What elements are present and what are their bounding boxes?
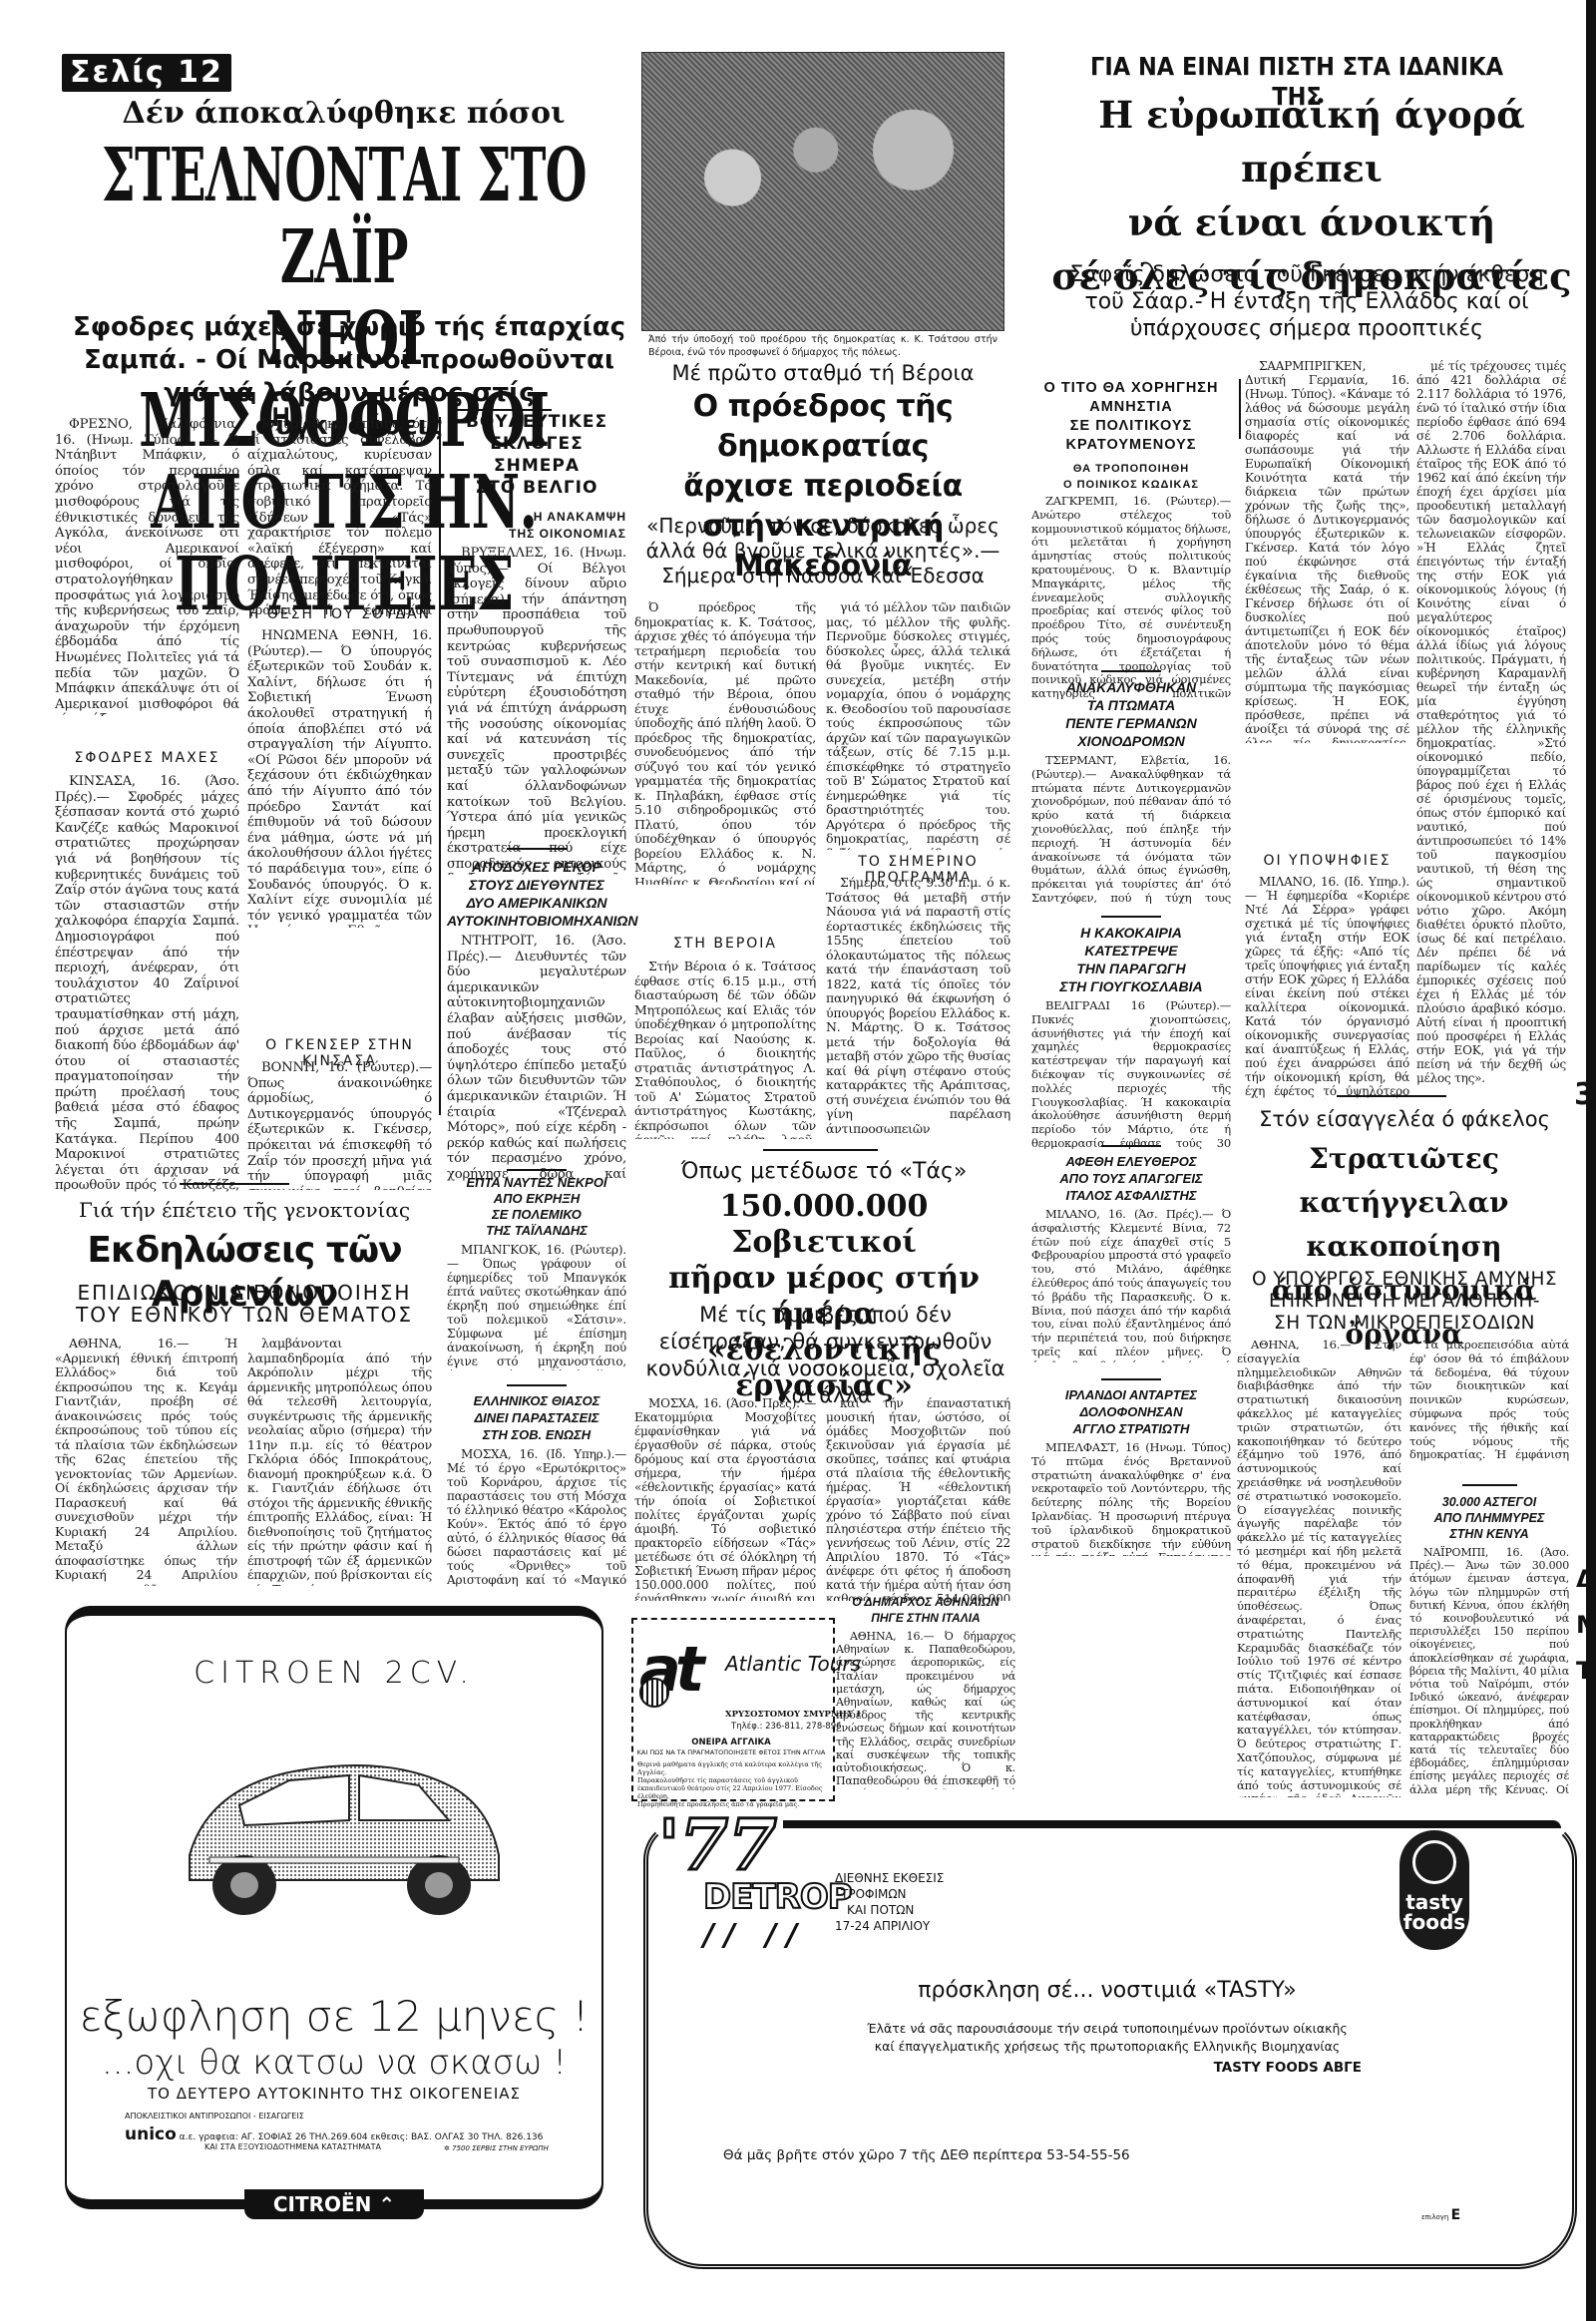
lead-column-1b: ΚΙΝΣΑΣΑ, 16. (Άσο. Πρές).— Σφοδρές μάχες… bbox=[55, 774, 239, 1193]
divider-rule bbox=[1337, 1095, 1446, 1097]
skiers-box: ΑΝΑΚΑΛΥΦΘΗΚΑΝ ΤΑ ΠΤΩΜΑΤΑ ΠΕΝΤΕ ΓΕΡΜΑΝΩΝ … bbox=[1031, 670, 1231, 904]
tito-box: Ο ΤΙΤΟ ΘΑ ΧΟΡΗΓΗΣΗ ΑΜΝΗΣΤΙΑ ΣΕ ΠΟΛΙΤΙΚΟΥ… bbox=[1031, 379, 1231, 699]
belgium-headline-2: ΕΚΛΟΓΕΣ bbox=[447, 433, 626, 455]
car-illustration bbox=[150, 1745, 529, 1915]
armenian-deck-1: ΕΠΙΔΙΩΚΟΥΝ ΔΙΕΘΝΟΠΟΙΗΣΗ bbox=[55, 1282, 434, 1304]
car-icon bbox=[150, 1745, 529, 1915]
weather-box: Η ΚΑΚΟΚΑΙΡΙΑ ΚΑΤΕΣΤΡΕΨΕ ΤΗΝ ΠΑΡΑΓΩΓΗ ΣΤΗ… bbox=[1031, 916, 1231, 1149]
unico-suffix: α.ε. bbox=[180, 2132, 197, 2142]
tito-headline-2: ΑΜΝΗΣΤΙΑ bbox=[1031, 398, 1231, 417]
auto-headline-1: ΑΠΟΔΟΧΕΣ ΡΕΚΟΡ bbox=[447, 858, 626, 876]
lead-headline-line-1: ΣΤΕΛΝΟΝΤΑΙ ΣΤΟ ΖΑΪΡ bbox=[55, 135, 633, 298]
atlantic-line-1: Θερινά μαθήματα άγγλικῆς στά καλύτερα κο… bbox=[637, 1760, 827, 1776]
ira-headline-1: ΙΡΛΑΝΔΟΙ ΑΝΤΑΡΤΕΣ bbox=[1031, 1386, 1231, 1403]
lead-col1-text: ΦΡΕΣΝΟ, Καλιφόρνια, 16. (Ηνωμ. Τύπος). —… bbox=[55, 417, 239, 716]
mayor-body: ΑΘΗΝΑ, 16.— Ό δήμαρχος Αθηναίων κ. Παπαθ… bbox=[836, 1630, 1015, 1789]
weather-headline: Η ΚΑΚΟΚΑΙΡΙΑ ΚΑΤΕΣΤΡΕΨΕ ΤΗΝ ΠΑΡΑΓΩΓΗ ΣΤΗ… bbox=[1031, 924, 1231, 995]
president-deck: «Περνοῦμε, τόνισε, δύσκολες ὧρες άλλά θά… bbox=[638, 514, 1007, 588]
box-top-rule bbox=[1101, 1145, 1161, 1147]
detrop-year: '77 bbox=[658, 1810, 777, 1880]
ira-headline-2: ΔΟΛΟΦΟΝΗΣΑΝ bbox=[1031, 1403, 1231, 1420]
tasty-ad-top-bar bbox=[783, 1820, 1561, 1828]
president-column-1b: Στήν Βέροια ό κ. Τσάτσος έφθασε στίς 6.1… bbox=[634, 960, 816, 1139]
adjacent-page-number: 35 bbox=[1574, 1077, 1596, 1112]
president-kicker: Μέ πρῶτο σταθμό τή Βέροια bbox=[638, 359, 1007, 387]
adjacent-page-fragments: ΔΙΩ ΜΕΤΟ ΤΟΥ bbox=[1576, 1556, 1596, 1694]
atlantic-body: Θερινά μαθήματα άγγλικῆς στά καλύτερα κο… bbox=[637, 1760, 827, 1808]
atlantic-heading-1: ΟΝΕΙΡΑ ΑΓΓΛΙΚΑ bbox=[633, 1738, 829, 1747]
globe-icon bbox=[639, 1678, 669, 1708]
detrop-name: DETROP bbox=[703, 1878, 852, 1916]
theatre-headline-3: ΣΤΗ ΣΟΒ. ΕΝΩΣΗ bbox=[447, 1426, 626, 1443]
auto-headline-2: ΣΤΟΥΣ ΔΙΕΥΘΥΝΤΕΣ bbox=[447, 876, 626, 894]
theatre-headline-2: ΔΙΝΕΙ ΠΑΡΑΣΤΑΣΕΙΣ bbox=[447, 1409, 626, 1426]
agency-logo-icon: E bbox=[1451, 2207, 1461, 2223]
tasty-headline: πρόσκληση σέ... νοστιμιά «TASTY» bbox=[683, 1978, 1531, 2003]
eec-column-2: μέ τίς τρέχουσες τιμές άπό 421 δολλάρια … bbox=[1416, 359, 1566, 1097]
detrop-dates: 17-24 ΑΠΡΙΛΙΟΥ bbox=[835, 1918, 944, 1934]
tasty-body: Έλᾶτε νά σᾶς παρουσιάσουμε τήν σειρά τυπ… bbox=[683, 2020, 1531, 2056]
tasty-body-2: καί έπαγγελματικῆς χρήσεως τῆς πρωτοπορι… bbox=[683, 2038, 1531, 2056]
tito-headline-1: Ο ΤΙΤΟ ΘΑ ΧΟΡΗΓΗΣΗ bbox=[1031, 379, 1231, 398]
auto-text: ΝΤΗΤΡΟΪΤ, 16. (Άσο. Πρές).— Διευθυντές τ… bbox=[447, 934, 626, 1183]
insurer-body: ΜΙΛΑΝΟ, 16. (Άσ. Πρές).— Ό άσφαλιστής Κλ… bbox=[1031, 1208, 1231, 1362]
ira-text: ΜΠΕΛΦΑΣΤ, 16 (Ηνωμ. Τύπος) Τό πτῶμα ένός… bbox=[1031, 1441, 1231, 1556]
soviet-headline-1: 150.000.000 Σοβιετικοί bbox=[634, 1189, 1013, 1261]
thailand-headline-1: ΕΠΤΑ ΝΑΥΤΕΣ ΝΕΚΡΟΙ bbox=[447, 1175, 626, 1191]
atlantic-logo: at bbox=[639, 1630, 719, 1715]
theatre-text: ΜΟΣΧΑ, 16. (Ιδ. Υπηρ.).— Μέ τό έργο «Ερω… bbox=[447, 1447, 626, 1587]
insurer-headline-2: ΑΠΟ ΤΟΥΣ ΑΠΑΓΩΓΕΙΣ bbox=[1031, 1170, 1231, 1187]
armenian-col2-text: λαμβάνονται λαμπαδηδρομία άπό τήν Ακρόπο… bbox=[247, 1337, 432, 1586]
column-divider bbox=[1239, 379, 1241, 439]
soviet-deck: Μέ τίς άμοιβές, πού δέν είσέπραξαν, θά σ… bbox=[638, 1302, 1012, 1409]
insurer-box: ΑΦΕΘΗ ΕΛΕΥΘΕΡΟΣ ΑΠΟ ΤΟΥΣ ΑΠΑΓΩΓΕΙΣ ΙΤΑΛΟ… bbox=[1031, 1145, 1231, 1362]
belgium-subhead-2: ΤΗΣ ΟΙΚΟΝΟΜΙΑΣ bbox=[447, 526, 626, 543]
insurer-headline: ΑΦΕΘΗ ΕΛΕΥΘΕΡΟΣ ΑΠΟ ΤΟΥΣ ΑΠΑΓΩΓΕΙΣ ΙΤΑΛΟ… bbox=[1031, 1153, 1231, 1204]
lead-col2c-text: ΒΟΝΝΗ, 16. (Ρώυτερ).— Όπως άνακοινώθηκε … bbox=[247, 1060, 432, 1190]
skiers-headline-4: ΧΙΟΝΟΔΡΟΜΩΝ bbox=[1031, 732, 1231, 750]
atlantic-phone: Τηλέφ.: 236-811, 278-896 bbox=[731, 1722, 842, 1732]
detrop-line-2: ΤΡΟΦΙΜΩΝ bbox=[835, 1886, 944, 1902]
lead-column-2: Ισχυρίσθηκε, έπίσης, ότι οί στασιαστές σ… bbox=[247, 417, 432, 616]
belgium-text: ΒΡΥΞΕΛΛΕΣ, 16. (Ηνωμ. Τύπος).— Οί Βέλγοι… bbox=[447, 546, 626, 875]
insurer-text: ΜΙΛΑΝΟ, 16. (Άσ. Πρές).— Ό άσφαλιστής Κλ… bbox=[1031, 1208, 1231, 1362]
thailand-headline: ΕΠΤΑ ΝΑΥΤΕΣ ΝΕΚΡΟΙ ΑΠΟ ΕΚΡΗΞΗ ΣΕ ΠΟΛΕΜΙΚ… bbox=[447, 1175, 626, 1239]
tasty-body-1: Έλᾶτε νά σᾶς παρουσιάσουμε τήν σειρά τυπ… bbox=[683, 2020, 1531, 2038]
soldiers-column-1: ΑΘΗΝΑ, 16.— Στήν είσαγγελία πλημμελειοδι… bbox=[1237, 1339, 1401, 1797]
tasty-badge-2: foods bbox=[1399, 1912, 1469, 1932]
box-top-rule bbox=[1101, 1378, 1161, 1380]
skiers-headline-1: ΑΝΑΚΑΛΥΦΘΗΚΑΝ bbox=[1031, 678, 1231, 696]
citroen-service: ✲ 7500 ΣΕΡΒΙΣ ΣΤΗΝ ΕΥΡΩΠΗ bbox=[444, 2144, 549, 2152]
tasty-badge-1: tasty bbox=[1399, 1892, 1469, 1912]
armenian-kicker: Γιά τήν έπέτειο τῆς γενοκτονίας bbox=[55, 1197, 434, 1223]
agency-name: επιλογη bbox=[1421, 2213, 1448, 2221]
tito-headline: Ο ΤΙΤΟ ΘΑ ΧΟΡΗΓΗΣΗ ΑΜΝΗΣΤΙΑ ΣΕ ΠΟΛΙΤΙΚΟΥ… bbox=[1031, 379, 1231, 455]
atlantic-heading-2: ΚΑΙ ΠΩΣ ΝΑ ΤΑ ΠΡΑΓΜΑΤΟΠΟΙΗΣΕΤΕ ΦΕΤΟΣ ΣΤΗ… bbox=[633, 1748, 829, 1756]
eec-headline-1: Η εὐρωπαϊκή άγορά πρέπει bbox=[1027, 88, 1596, 195]
tito-subhead-1: ΘΑ ΤΡΟΠΟΠΟΙΗΘΗ bbox=[1031, 461, 1231, 477]
soviet-column-2: καί τήν έπαναστατική μουσική ήταν, ώστόσ… bbox=[826, 1396, 1010, 1601]
divider-rule bbox=[763, 1149, 878, 1151]
soldiers-col2-text: Τά μικροεπεισόδια αὐτά έφ' όσον θά τό έπ… bbox=[1409, 1339, 1569, 1463]
fragment-3: ΤΟΥ bbox=[1576, 1648, 1596, 1694]
belgium-headline-3: ΣΗΜΕΡΑ bbox=[447, 455, 626, 477]
chef-icon bbox=[1412, 1840, 1456, 1884]
citroen-brand-badge: CITROËN ⌃ bbox=[244, 2189, 424, 2219]
citroen-badge-text: CITROËN bbox=[273, 2192, 372, 2216]
mayor-headline: Ο ΔΗΜΑΡΧΟΣ ΑΘΗΝΑΙΩΝ ΠΗΓΕ ΣΤΗΝ ΙΤΑΛΙΑ bbox=[836, 1594, 1015, 1626]
soviet-column-1: ΜΟΣΧΑ, 16. (Άσο. Πρές). — Εκατομμύρια Μο… bbox=[634, 1396, 816, 1601]
lead-subhead-2: Η ΘΕΣΗ ΤΟΥ ΣΟΥΔΑΝ bbox=[247, 606, 432, 622]
eec-column-1: ΣΑΑΡΜΠΡΙΓΚΕΝ, Δυτική Γερμανία, 16. (Ηνωμ… bbox=[1245, 359, 1409, 743]
soldiers-column-2: Τά μικροεπεισόδια αὐτά έφ' όσον θά τό έπ… bbox=[1409, 1339, 1569, 1463]
thailand-text: ΜΠΑΝΓΚΟΚ, 16. (Ρώυτερ).— Όπως γράφουν οί… bbox=[447, 1243, 626, 1370]
president-col2-text: γιά τό μέλλον τῶν παιδιῶν μας, τό μέλλον… bbox=[826, 600, 1010, 850]
president-headline-2: ἄρχισε περιοδεία bbox=[628, 467, 1017, 507]
weather-headline-4: ΣΤΗ ΓΙΟΥΓΚΟΣΛΑΒΙΑ bbox=[1031, 977, 1231, 995]
weather-text: ΒΕΛΙΓΡΑΔΙ 16 (Ρώυτερ).— Πυκνές χιονοπτώσ… bbox=[1031, 999, 1231, 1149]
citroen-showroom: εκθεσις: ΒΑΣ. ΟΛΓΑΣ 30 ΤΗΛ. 826.136 bbox=[371, 2132, 544, 2142]
auto-body: ΝΤΗΤΡΟΪΤ, 16. (Άσο. Πρές).— Διευθυντές τ… bbox=[447, 934, 626, 1183]
eec-col2-text: μέ τίς τρέχουσες τιμές άπό 421 δολλάρια … bbox=[1416, 359, 1566, 1085]
detrop-line-3: ΚΑΙ ΠΟΤΩΝ bbox=[835, 1902, 944, 1918]
auto-headline: ΑΠΟΔΟΧΕΣ ΡΕΚΟΡ ΣΤΟΥΣ ΔΙΕΥΘΥΝΤΕΣ ΔΥΟ ΑΜΕΡ… bbox=[447, 858, 626, 930]
armenian-col1-text: ΑΘΗΝΑ, 16.— Ή «Αρμενική έθνική έπιτροπή … bbox=[55, 1337, 237, 1586]
thailand-box: ΕΠΤΑ ΝΑΥΤΕΣ ΝΕΚΡΟΙ ΑΠΟ ΕΚΡΗΞΗ ΣΕ ΠΟΛΕΜΙΚ… bbox=[447, 1169, 626, 1370]
fragment-1: ΔΙΩ bbox=[1576, 1556, 1596, 1602]
eec-subhead-1: ΟΙ ΥΠΟΨΗΦΙΕΣ bbox=[1245, 853, 1409, 869]
weather-body: ΒΕΛΙΓΡΑΔΙ 16 (Ρώυτερ).— Πυκνές χιονοπτώσ… bbox=[1031, 999, 1231, 1149]
theatre-headline-1: ΕΛΛΗΝΙΚΟΣ ΘΙΑΣΟΣ bbox=[447, 1392, 626, 1409]
detrop-slashes-icon: // // bbox=[703, 1918, 807, 1953]
agency-credit: επιλογη E bbox=[1421, 2207, 1460, 2223]
mayor-headline-2: ΠΗΓΕ ΣΤΗΝ ΙΤΑΛΙΑ bbox=[836, 1610, 1015, 1626]
detrop-line-1: ΔΙΕΘΝΗΣ ΕΚΘΕΣΙΣ bbox=[835, 1870, 944, 1886]
kenya-body: ΝΑΪΡΟΜΠΙ, 16. (Άσο. Πρές).— Άνω τῶν 30.0… bbox=[1409, 1546, 1569, 1795]
soviet-kicker: Όπως μετέδωσε τό «Τάς» bbox=[634, 1157, 1013, 1187]
belgium-headline-1: ΒΟΥΛΕΥΤΙΚΕΣ bbox=[447, 411, 626, 433]
eec-deck: Σαφεῖς δηλώσεις τοῦ Γκένσερ στήν έκθεση … bbox=[1047, 261, 1566, 342]
eec-column-1b: ΜΙΛΑΝΟ, 16. (Ιδ. Υπηρ.).— Ή έφημερίδα «Κ… bbox=[1245, 875, 1409, 1099]
lead-col2b-text: ΗΝΩΜΕΝΑ ΕΘΝΗ, 16. (Ρώυτερ).— Ό ύπουργός … bbox=[247, 628, 432, 928]
president-column-2: γιά τό μέλλον τῶν παιδιῶν μας, τό μέλλον… bbox=[826, 600, 1010, 850]
kenya-headline-3: ΣΤΗΝ ΚΕΝΥΑ bbox=[1409, 1526, 1569, 1542]
president-headline-1: Ο πρόεδρος τῆς δημοκρατίας bbox=[628, 387, 1017, 467]
eec-headline-2: νά είναι άνοικτή bbox=[1027, 195, 1596, 249]
tito-body: ΖΑΓΚΡΕΜΠ, 16. (Ρώυτερ).— Ανώτερο στέλεχο… bbox=[1031, 495, 1231, 699]
mayor-box: Ο ΔΗΜΑΡΧΟΣ ΑΘΗΝΑΙΩΝ ΠΗΓΕ ΣΤΗΝ ΙΤΑΛΙΑ ΑΘΗ… bbox=[836, 1594, 1015, 1789]
tasty-location: Θά μᾶς βρῆτε στόν χῶρο 7 τῆς ΔΕΘ περίπτε… bbox=[723, 2147, 1130, 2163]
unico-logo: unico bbox=[125, 2125, 177, 2144]
soldiers-deck-3: ΣΗ ΤΩΝ ΜΙΚΡΟΕΠΕΙΣΟΔΙΩΝ bbox=[1235, 1313, 1574, 1335]
weather-headline-1: Η ΚΑΚΟΚΑΙΡΙΑ bbox=[1031, 924, 1231, 942]
tito-subhead-2: Ο ΠΟΙΝΙΚΟΣ ΚΩΔΙΚΑΣ bbox=[1031, 477, 1231, 493]
soldiers-headline-1: Στρατιῶτες κατήγγειλαν bbox=[1227, 1137, 1581, 1225]
armenian-column-2: λαμβάνονται λαμπαδηδρομία άπό τήν Ακρόπο… bbox=[247, 1337, 432, 1586]
section-logo: Σελίς 12 bbox=[62, 54, 231, 92]
auto-headline-4: ΑΥΤΟΚΙΝΗΤΟΒΙΟΜΗΧΑΝΙΩΝ bbox=[447, 912, 626, 930]
weather-headline-2: ΚΑΤΕΣΤΡΕΨΕ bbox=[1031, 942, 1231, 960]
news-photo bbox=[641, 52, 1004, 331]
box-top-rule bbox=[1101, 670, 1161, 672]
auto-box: ΑΠΟΔΟΧΕΣ ΡΕΚΟΡ ΣΤΟΥΣ ΔΙΕΥΘΥΝΤΕΣ ΔΥΟ ΑΜΕΡ… bbox=[447, 848, 626, 1183]
citroen-slogan-1: εξωφληση σε 12 μηνες ! bbox=[75, 1993, 594, 2041]
soldiers-deck-1: Ο ΥΠΟΥΡΓΟΣ ΕΘΝΙΚΗΣ ΑΜΥΝΗΣ bbox=[1235, 1269, 1574, 1291]
belgium-subhead-1: Η ΑΝΑΚΑΜΨΗ bbox=[447, 509, 626, 526]
skiers-headline-3: ΠΕΝΤΕ ΓΕΡΜΑΝΩΝ bbox=[1031, 714, 1231, 732]
belgium-headline-4: ΣΤΟ ΒΕΛΓΙΟ bbox=[447, 477, 626, 499]
citroen-title: CITROEN 2CV. bbox=[65, 1656, 603, 1691]
kenya-headline-1: 30.000 ΑΣΤΕΓΟΙ bbox=[1409, 1494, 1569, 1510]
thailand-headline-2: ΑΠΟ ΕΚΡΗΞΗ bbox=[447, 1191, 626, 1207]
citroen-dealer-line: unico α.ε. γραφεια: ΑΓ. ΣΟΦΙΑΣ 26 ΤΗΛ.26… bbox=[125, 2125, 594, 2144]
lead-column-2c: ΒΟΝΝΗ, 16. (Ρώυτερ).— Όπως άνακοινώθηκε … bbox=[247, 1060, 432, 1190]
theatre-headline: ΕΛΛΗΝΙΚΟΣ ΘΙΑΣΟΣ ΔΙΝΕΙ ΠΑΡΑΣΤΑΣΕΙΣ ΣΤΗ Σ… bbox=[447, 1392, 626, 1443]
kenya-box: 30.000 ΑΣΤΕΓΟΙ ΑΠΟ ΠΛΗΜΜΥΡΕΣ ΣΤΗΝ ΚΕΝΥΑ … bbox=[1409, 1484, 1569, 1795]
kenya-headline-2: ΑΠΟ ΠΛΗΜΜΥΡΕΣ bbox=[1409, 1510, 1569, 1526]
president-col1b-text: Στήν Βέροια ό κ. Τσάτσος έφθασε στίς 6.1… bbox=[634, 960, 816, 1139]
eec-col1b-text: ΜΙΛΑΝΟ, 16. (Ιδ. Υπηρ.).— Ή έφημερίδα «Κ… bbox=[1245, 875, 1409, 1099]
skiers-headline: ΑΝΑΚΑΛΥΦΘΗΚΑΝ ΤΑ ΠΤΩΜΑΤΑ ΠΕΝΤΕ ΓΕΡΜΑΝΩΝ … bbox=[1031, 678, 1231, 750]
tasty-company: TASTY FOODS ΑΒΓΕ bbox=[1152, 2060, 1362, 2076]
page-gutter bbox=[1586, 0, 1596, 2321]
photo-caption: Άπό τήν ύποδοχή τοῦ προέδρου τῆς δημοκρα… bbox=[648, 333, 997, 359]
detrop-info: ΔΙΕΘΝΗΣ ΕΚΘΕΣΙΣ ΤΡΟΦΙΜΩΝ ΚΑΙ ΠΟΤΩΝ 17-24… bbox=[835, 1870, 944, 1934]
lead-col1b-text: ΚΙΝΣΑΣΑ, 16. (Άσο. Πρές).— Σφοδρές μάχες… bbox=[55, 774, 239, 1193]
theatre-body: ΜΟΣΧΑ, 16. (Ιδ. Υπηρ.).— Μέ τό έργο «Ερω… bbox=[447, 1447, 626, 1587]
double-chevron-icon: ⌃ bbox=[371, 2192, 395, 2216]
box-top-rule bbox=[1462, 1484, 1517, 1486]
armenian-deck: ΕΠΙΔΙΩΚΟΥΝ ΔΙΕΘΝΟΠΟΙΗΣΗ ΤΟΥ ΕΘΝΙΚΟΥ ΤΩΝ … bbox=[55, 1282, 434, 1326]
citroen-dealer-label: ΑΠΟΚΛΕΙΣΤΙΚΟΙ ΑΝΤΙΠΡΟΣΩΠΟΙ - ΕΙΣΑΓΩΓΕΙΣ bbox=[125, 2112, 584, 2121]
kenya-headline: 30.000 ΑΣΤΕΓΟΙ ΑΠΟ ΠΛΗΜΜΥΡΕΣ ΣΤΗΝ ΚΕΝΥΑ bbox=[1409, 1494, 1569, 1542]
president-col2b-text: Σήμερα, στίς 9.30 π.μ. ό κ. Τσάτσος θά μ… bbox=[826, 876, 1010, 1133]
ira-headline: ΙΡΛΑΝΔΟΙ ΑΝΤΑΡΤΕΣ ΔΟΛΟΦΟΝΗΣΑΝ ΑΓΓΛΟ ΣΤΡΑ… bbox=[1031, 1386, 1231, 1437]
soldiers-col1-text: ΑΘΗΝΑ, 16.— Στήν είσαγγελία πλημμελειοδι… bbox=[1237, 1339, 1401, 1797]
citroen-stores: ΚΑΙ ΣΤΑ ΕΞΟΥΣΙΟΔΟΤΗΜΕΝΑ ΚΑΤΑΣΤΗΜΑΤΑ bbox=[204, 2142, 381, 2151]
lead-subhead-1: ΣΦΟΔΡΕΣ ΜΑΧΕΣ bbox=[55, 750, 239, 766]
ira-box: ΙΡΛΑΝΔΟΙ ΑΝΤΑΡΤΕΣ ΔΟΛΟΦΟΝΗΣΑΝ ΑΓΓΛΟ ΣΤΡΑ… bbox=[1031, 1378, 1231, 1556]
atlantic-line-2: Παρακολουθῆστε τίς παραστάσεις τοῦ άγγλι… bbox=[637, 1776, 827, 1800]
belgium-subhead: Η ΑΝΑΚΑΜΨΗ ΤΗΣ ΟΙΚΟΝΟΜΙΑΣ bbox=[447, 509, 626, 543]
citroen-offices: γραφεια: ΑΓ. ΣΟΦΙΑΣ 26 ΤΗΛ.269.604 bbox=[199, 2132, 368, 2142]
citroen-slogan-2: ...οχι θα κατσω να σκασω ! bbox=[75, 2043, 594, 2083]
weather-headline-3: ΤΗΝ ΠΑΡΑΓΩΓΗ bbox=[1031, 960, 1231, 977]
skiers-headline-2: ΤΑ ΠΤΩΜΑΤΑ bbox=[1031, 696, 1231, 714]
atlantic-tours-ad[interactable]: at Atlantic Tours ΧΡΥΣΟΣΤΟΜΟΥ ΣΜΥΡΝΗΣ 1 … bbox=[631, 1618, 835, 1801]
tito-text: ΖΑΓΚΡΕΜΠ, 16. (Ρώυτερ).— Ανώτερο στέλεχο… bbox=[1031, 495, 1231, 699]
soldiers-headline-2: κακοποίηση bbox=[1227, 1225, 1581, 1269]
ira-body: ΜΠΕΛΦΑΣΤ, 16 (Ηνωμ. Τύπος) Τό πτῶμα ένός… bbox=[1031, 1441, 1231, 1556]
soviet-col1-text: ΜΟΣΧΑ, 16. (Άσο. Πρές). — Εκατομμύρια Μο… bbox=[634, 1396, 816, 1601]
insurer-headline-1: ΑΦΕΘΗ ΕΛΕΥΘΕΡΟΣ bbox=[1031, 1153, 1231, 1170]
tasty-foods-ad[interactable]: '77 DETROP // // ΔΙΕΘΝΗΣ ΕΚΘΕΣΙΣ ΤΡΟΦΙΜΩ… bbox=[643, 1810, 1571, 2269]
citroen-tagline: ΤΟ ΔΕΥΤΕΡΟ ΑΥΤΟΚΙΝΗΤΟ ΤΗΣ ΟΙΚΟΓΕΝΕΙΑΣ bbox=[75, 2085, 594, 2103]
thailand-headline-3: ΣΕ ΠΟΛΕΜΙΚΟ bbox=[447, 1207, 626, 1223]
fragment-2: ΜΕΤΟ bbox=[1576, 1602, 1596, 1648]
tasty-foods-logo: tasty foods bbox=[1399, 1830, 1469, 1950]
soviet-col2-text: καί τήν έπαναστατική μουσική ήταν, ώστόσ… bbox=[826, 1396, 1010, 1601]
soldiers-kicker: Στόν είσαγγελέα ό φάκελος bbox=[1235, 1105, 1574, 1133]
theatre-box: ΕΛΛΗΝΙΚΟΣ ΘΙΑΣΟΣ ΔΙΝΕΙ ΠΑΡΑΣΤΑΣΕΙΣ ΣΤΗ Σ… bbox=[447, 1384, 626, 1587]
auto-headline-3: ΔΥΟ ΑΜΕΡΙΚΑΝΙΚΩΝ bbox=[447, 894, 626, 912]
lead-kicker: Δέν άποκαλύφθηκε πόσοι bbox=[62, 96, 625, 132]
kenya-text: ΝΑΪΡΟΜΠΙ, 16. (Άσο. Πρές).— Άνω τῶν 30.0… bbox=[1409, 1546, 1569, 1795]
thailand-body: ΜΠΑΝΓΚΟΚ, 16. (Ρώυτερ).— Όπως γράφουν οί… bbox=[447, 1243, 626, 1370]
skiers-text: ΤΣΕΡΜΑΝΤ, Ελβετία, 16. (Ρώυτερ).— Ανακαλ… bbox=[1031, 754, 1231, 904]
ira-headline-3: ΑΓΓΛΟ ΣΤΡΑΤΙΩΤΗ bbox=[1031, 1420, 1231, 1437]
president-subhead-1: ΣΤΗ ΒΕΡΟΙΑ bbox=[634, 936, 816, 952]
belgium-box: ΒΟΥΛΕΥΤΙΚΕΣ ΕΚΛΟΓΕΣ ΣΗΜΕΡΑ ΣΤΟ ΒΕΛΓΙΟ Η … bbox=[447, 409, 626, 875]
tito-headline-3: ΣΕ ΠΟΛΙΤΙΚΟΥΣ bbox=[1031, 417, 1231, 436]
belgium-headline: ΒΟΥΛΕΥΤΙΚΕΣ ΕΚΛΟΓΕΣ ΣΗΜΕΡΑ ΣΤΟ ΒΕΛΓΙΟ bbox=[447, 411, 626, 499]
lead-column-2b: ΗΝΩΜΕΝΑ ΕΘΝΗ, 16. (Ρώυτερ).— Ό ύπουργός … bbox=[247, 628, 432, 928]
box-top-rule bbox=[1101, 916, 1161, 918]
eec-col1-text: ΣΑΑΡΜΠΡΙΓΚΕΝ, Δυτική Γερμανία, 16. (Ηνωμ… bbox=[1245, 359, 1409, 743]
box-top-rule bbox=[507, 848, 567, 850]
lead-column-1: ΦΡΕΣΝΟ, Καλιφόρνια, 16. (Ηνωμ. Τύπος). —… bbox=[55, 417, 239, 716]
column-divider bbox=[439, 417, 441, 1115]
mayor-headline-1: Ο ΔΗΜΑΡΧΟΣ ΑΘΗΝΑΙΩΝ bbox=[836, 1594, 1015, 1610]
skiers-body: ΤΣΕΡΜΑΝΤ, Ελβετία, 16. (Ρώυτερ).— Ανακαλ… bbox=[1031, 754, 1231, 904]
armenian-deck-2: ΤΟΥ ΕΘΝΙΚΟΥ ΤΩΝ ΘΕΜΑΤΟΣ bbox=[55, 1304, 434, 1326]
president-col1-text: Ό πρόεδρος τῆς δημοκρατίας κ. Κ. Τσάτσος… bbox=[634, 600, 816, 885]
tito-subhead: ΘΑ ΤΡΟΠΟΠΟΙΗΘΗ Ο ΠΟΙΝΙΚΟΣ ΚΩΔΙΚΑΣ bbox=[1031, 461, 1231, 493]
belgium-body: ΒΡΥΞΕΛΛΕΣ, 16. (Ηνωμ. Τύπος).— Οί Βέλγοι… bbox=[447, 546, 626, 875]
president-column-2b: Σήμερα, στίς 9.30 π.μ. ό κ. Τσάτσος θά μ… bbox=[826, 876, 1010, 1133]
president-column-1: Ό πρόεδρος τῆς δημοκρατίας κ. Κ. Τσάτσος… bbox=[634, 600, 816, 885]
armenian-column-1: ΑΘΗΝΑ, 16.— Ή «Αρμενική έθνική έπιτροπή … bbox=[55, 1337, 237, 1586]
mayor-text: ΑΘΗΝΑ, 16.— Ό δήμαρχος Αθηναίων κ. Παπαθ… bbox=[836, 1630, 1015, 1789]
insurer-headline-3: ΙΤΑΛΟΣ ΑΣΦΑΛΙΣΤΗΣ bbox=[1031, 1187, 1231, 1204]
tito-headline-4: ΚΡΑΤΟΥΜΕΝΟΥΣ bbox=[1031, 436, 1231, 455]
citroen-ad[interactable]: CITROEN 2CV. εξωφληση σε 12 μηνες ! ...ο… bbox=[65, 1606, 603, 2224]
divider-rule bbox=[180, 1183, 289, 1185]
box-top-rule bbox=[507, 1384, 567, 1386]
soldiers-deck: Ο ΥΠΟΥΡΓΟΣ ΕΘΝΙΚΗΣ ΑΜΥΝΗΣ ΕΠΙΚΡΙΝΕΙ ΤΗ Μ… bbox=[1235, 1269, 1574, 1335]
soldiers-deck-2: ΕΠΙΚΡΙΝΕΙ ΤΗ ΜΕΓΑΛΟΠΟΙΗ- bbox=[1235, 1291, 1574, 1313]
thailand-headline-4: ΤΗΣ ΤΑΪΛΑΝΔΗΣ bbox=[447, 1223, 626, 1239]
lead-col2-text: Ισχυρίσθηκε, έπίσης, ότι οί στασιαστές σ… bbox=[247, 417, 432, 616]
box-top-rule bbox=[507, 1169, 567, 1171]
